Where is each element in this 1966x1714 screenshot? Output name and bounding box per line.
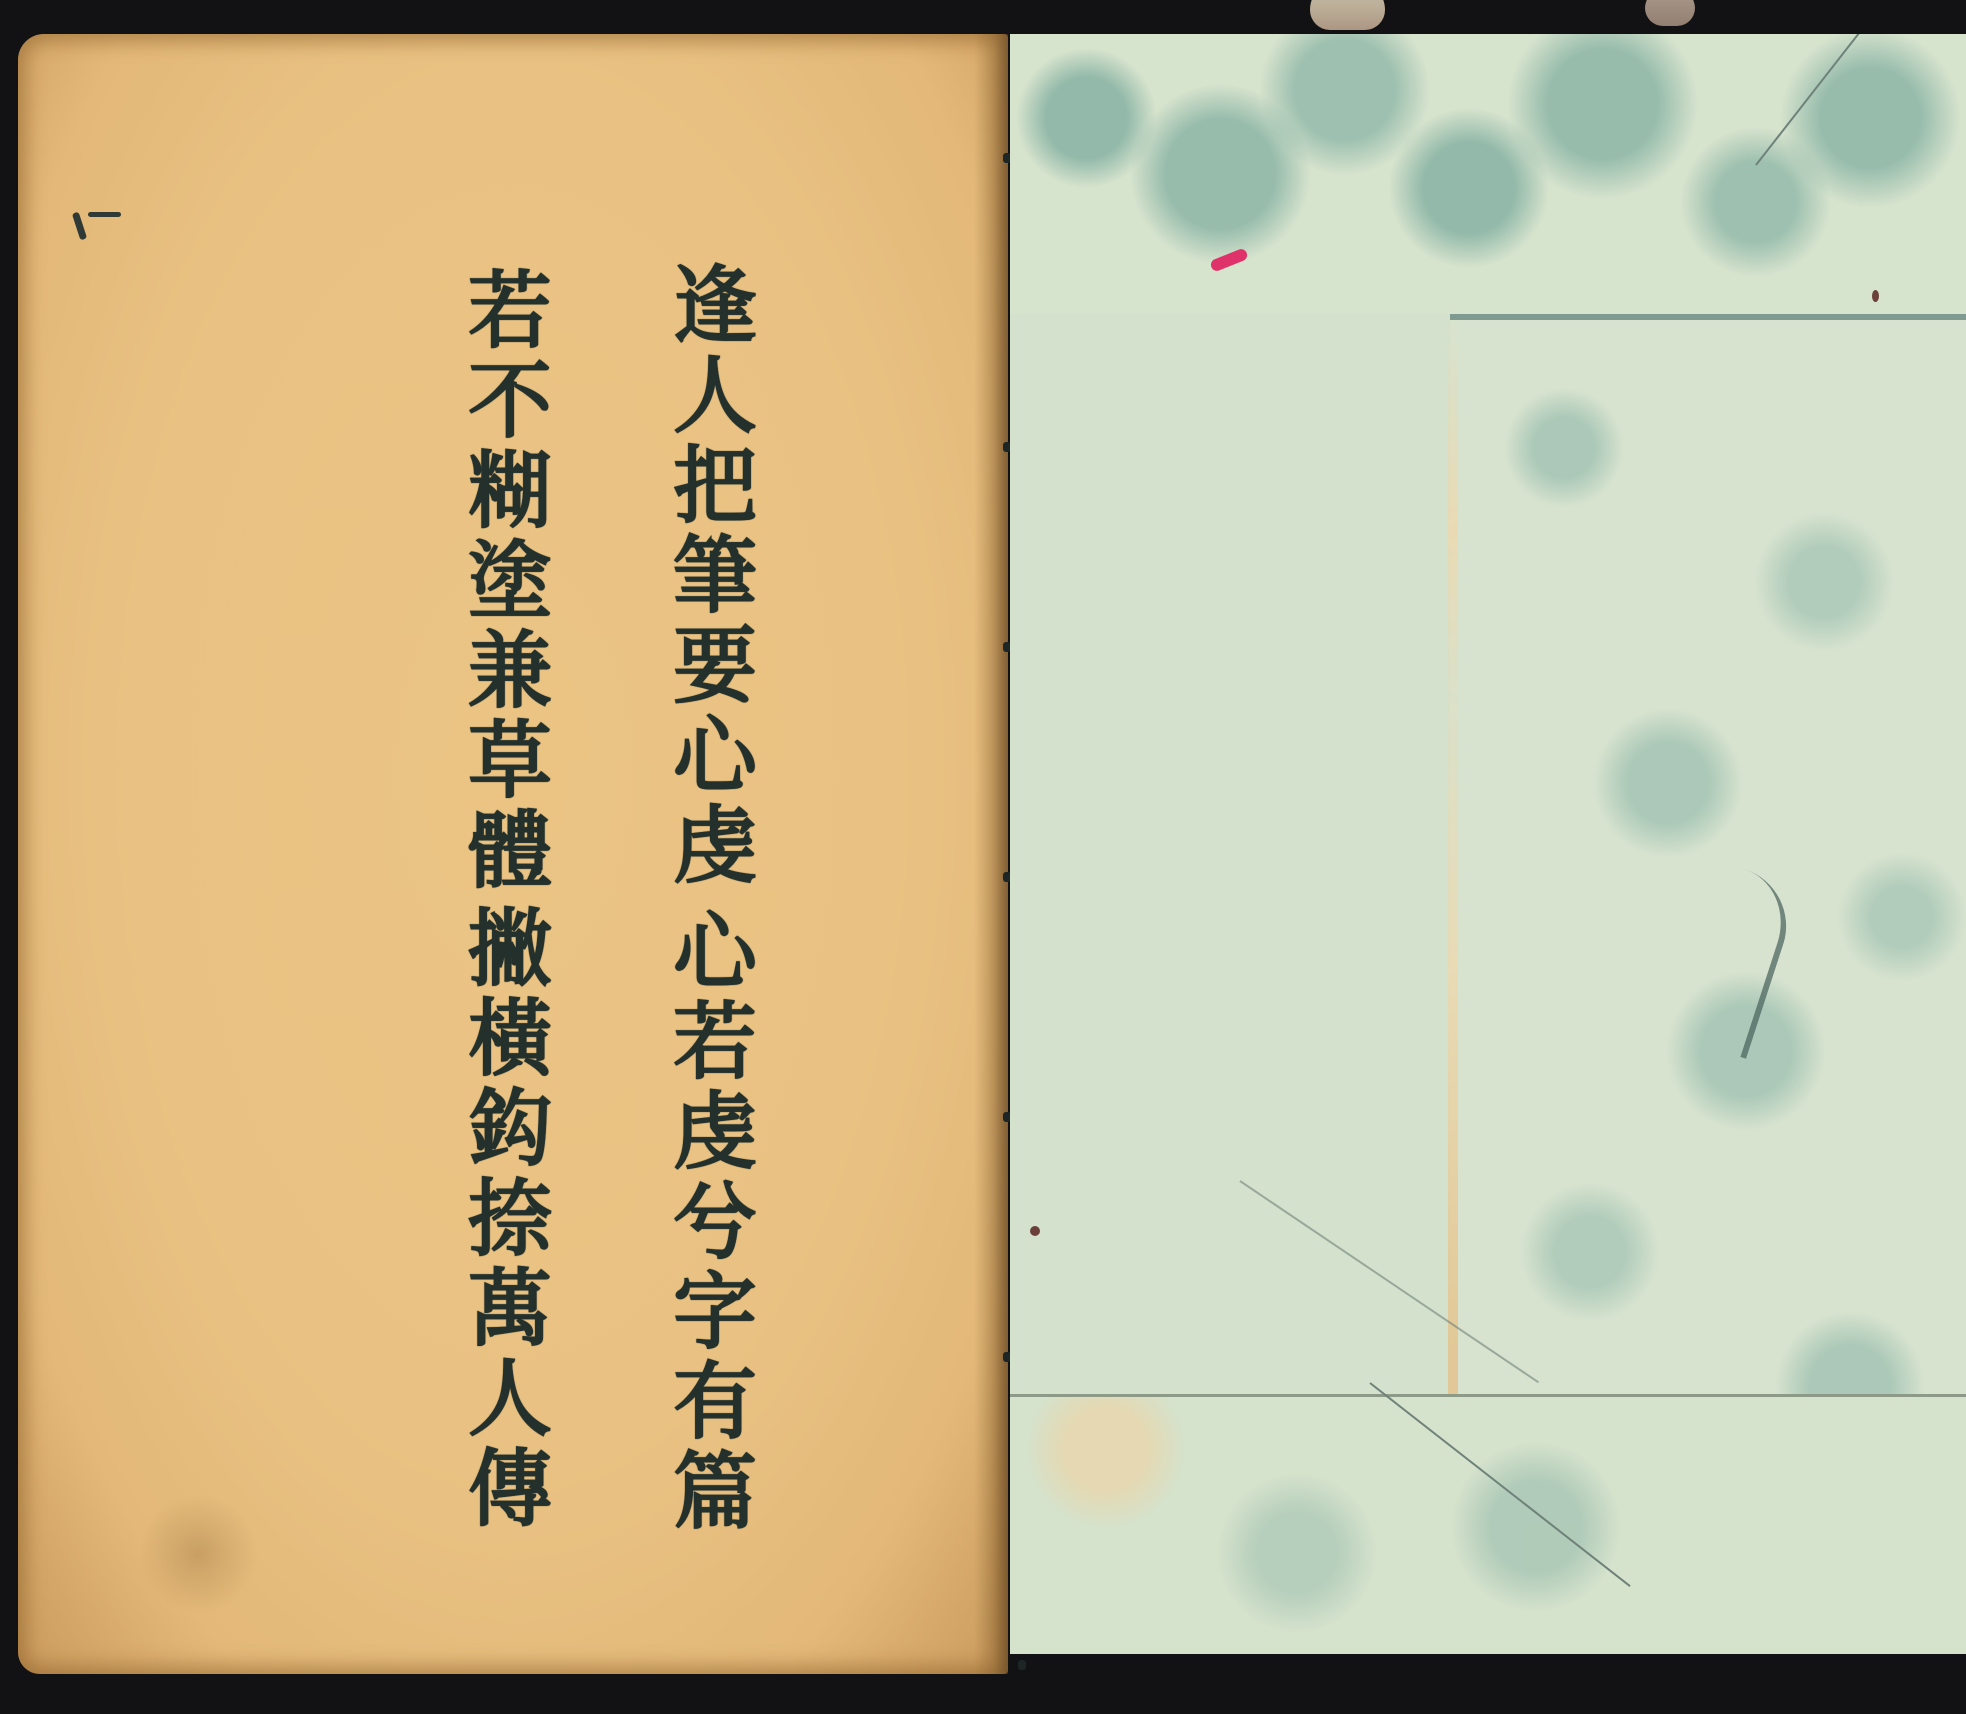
character: 兼 (468, 629, 552, 709)
character: 糊 (468, 449, 552, 529)
character: 逢 (673, 264, 757, 344)
fold-crease (1448, 314, 1458, 1404)
character: 草 (468, 719, 552, 799)
cover-inner-panel (1010, 314, 1450, 1394)
character: 字 (673, 1270, 757, 1350)
stain-dot (1872, 290, 1879, 302)
binding-stitch (1018, 1660, 1026, 1670)
cover-bottom-flap (1010, 1394, 1966, 1654)
margin-mark-stroke (72, 212, 87, 241)
right-cover (1010, 34, 1966, 1654)
character: 人 (673, 354, 757, 434)
character: 橫 (468, 997, 552, 1077)
character: 鈎 (468, 1087, 552, 1167)
character: 捺 (468, 1177, 552, 1257)
character: 萬 (468, 1267, 552, 1347)
character: 虔 (673, 804, 757, 884)
character: 塗 (468, 539, 552, 619)
left-page: 逢 人 把 筆 要 心 虔 心 若 虔 兮 字 有 篇 若 不 糊 塗 兼 草 … (18, 34, 1008, 1674)
character: 有 (673, 1360, 757, 1440)
character: 心 (673, 910, 757, 990)
character: 傳 (468, 1447, 552, 1527)
character: 虔 (673, 1090, 757, 1170)
character: 把 (673, 444, 757, 524)
character: 撇 (468, 907, 552, 987)
text-column-1: 逢 人 把 筆 要 心 虔 心 若 虔 兮 字 有 篇 (673, 264, 757, 1540)
character: 若 (468, 269, 552, 349)
character: 篇 (673, 1450, 757, 1530)
character: 要 (673, 624, 757, 704)
margin-mark-stroke (88, 212, 121, 217)
character: 人 (468, 1357, 552, 1437)
character: 兮 (673, 1180, 757, 1260)
character: 若 (673, 1000, 757, 1080)
character: 體 (468, 809, 552, 889)
text-column-2: 若 不 糊 塗 兼 草 體 撇 橫 鈎 捺 萬 人 傳 (468, 269, 552, 1537)
character: 心 (673, 714, 757, 794)
finger (1645, 0, 1695, 26)
stain-dot (1030, 1226, 1040, 1236)
thumb (1310, 0, 1385, 30)
margin-mark (66, 202, 126, 252)
character: 不 (468, 359, 552, 439)
character: 筆 (673, 534, 757, 614)
